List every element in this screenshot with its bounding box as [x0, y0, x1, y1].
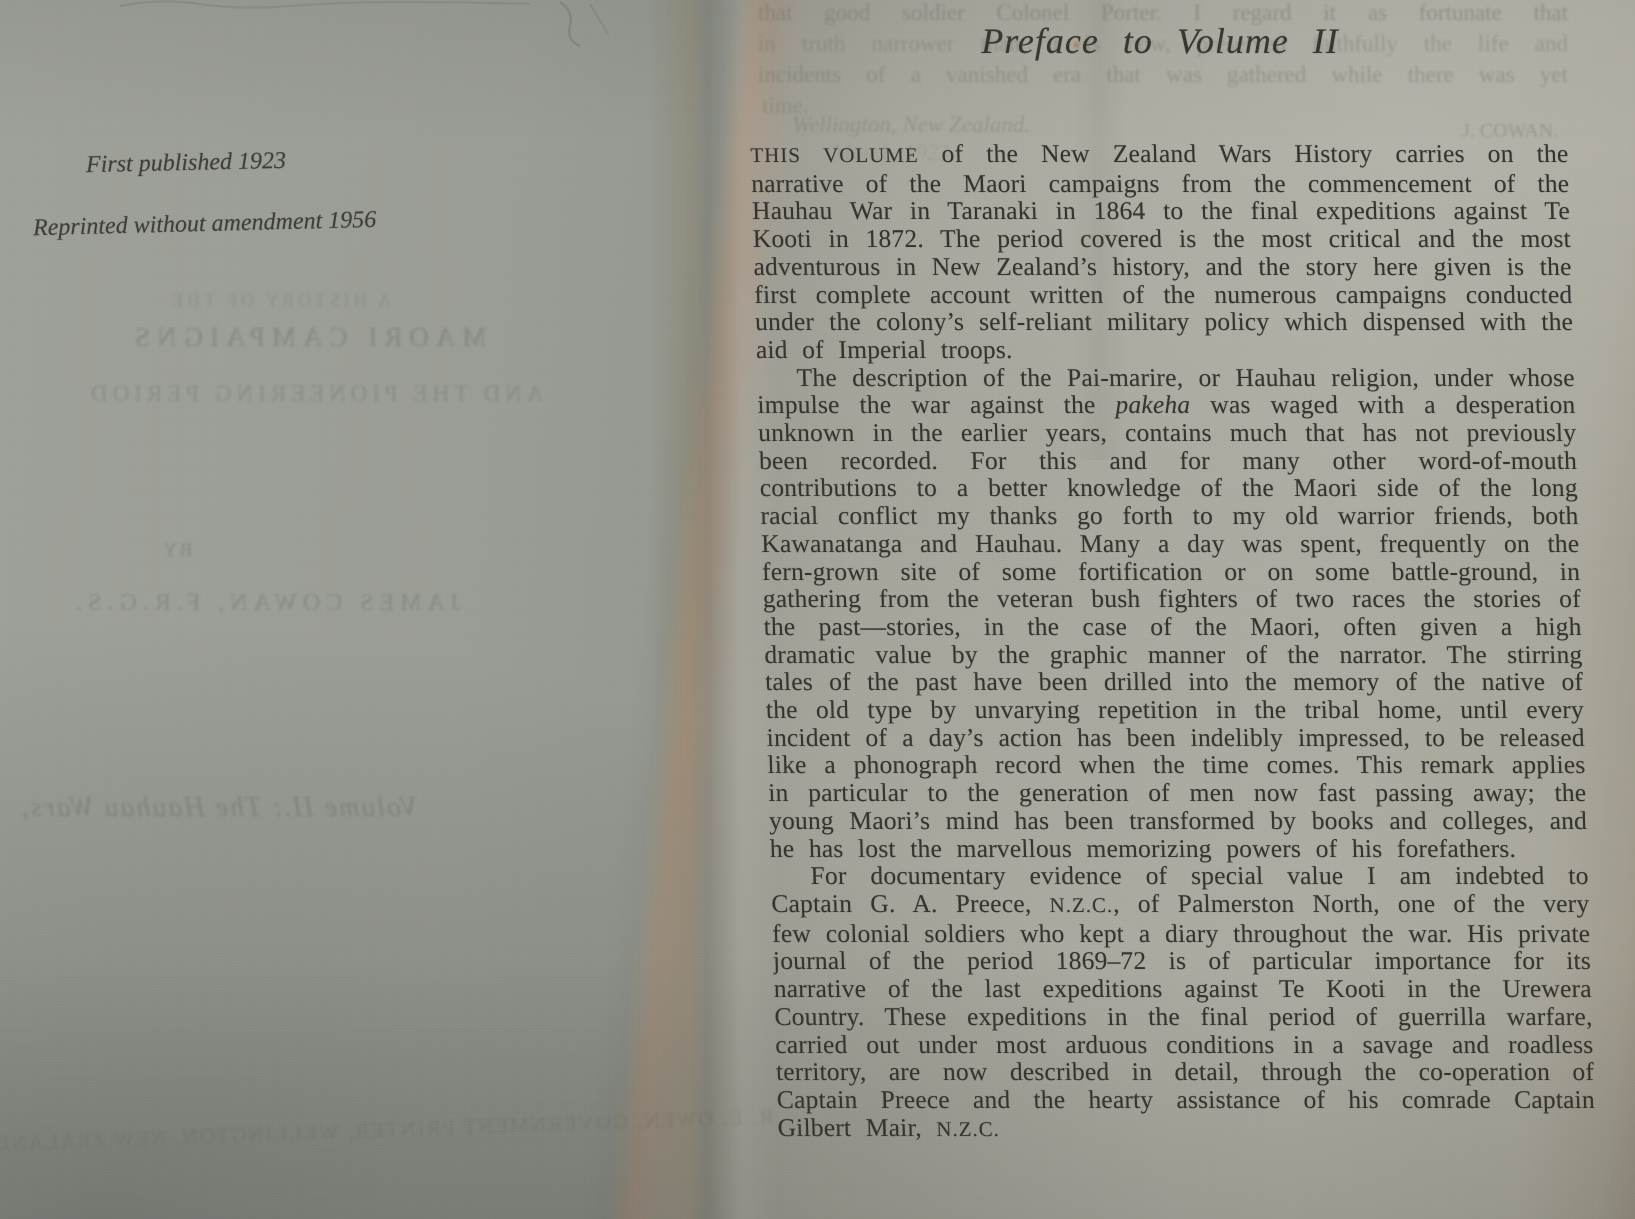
showthrough-history-line: A HISTORY OF THE: [168, 290, 391, 311]
showthrough-title-line-1: MAORI CAMPAIGNS: [128, 322, 486, 353]
showthrough-title-line-2: AND THE PIONEERING PERIOD: [86, 381, 543, 407]
preface-title: Preface to Volume II: [752, 20, 1568, 62]
showthrough-by-line: BY: [160, 540, 192, 562]
preface-text-smallcaps: n.z.c.: [936, 1117, 1000, 1141]
pencil-marks: [30, 0, 650, 50]
showthrough-author-line: JAMES COWAN, F.R.G.S.: [70, 590, 460, 617]
showthrough-preface1-line-3: incidents of a vanished era that was gat…: [758, 62, 1568, 88]
preface-paragraph: This Volume of the New Zealand Wars Hist…: [750, 140, 1574, 364]
preface-text-italic: pakeha: [1115, 390, 1191, 419]
reprint-line: Reprinted without amendment 1956: [33, 207, 377, 242]
preface-text: , of Palmerston North, one of the very f…: [772, 889, 1595, 1142]
first-published-line: First published 1923: [86, 148, 287, 179]
showthrough-volume-line: Volume II.: The Hauhau Wars,: [20, 792, 417, 824]
preface-text-smallcaps: This Volume: [750, 143, 919, 167]
book-spread-photo: First published 1923 Reprinted without a…: [0, 0, 1635, 1219]
preface-body: This Volume of the New Zealand Wars Hist…: [750, 140, 1598, 1219]
preface-paragraph: For documentary evidence of special valu…: [770, 862, 1596, 1143]
preface-text: was waged with a desperation unknown in …: [758, 390, 1588, 862]
preface-text-smallcaps: n.z.c.: [1049, 893, 1113, 917]
showthrough-place-line: Wellington, New Zealand.: [792, 112, 1030, 138]
preface-text: of the New Zealand Wars History carries …: [751, 140, 1574, 364]
preface-paragraph: The description of the Pai-marire, or Ha…: [756, 364, 1588, 863]
